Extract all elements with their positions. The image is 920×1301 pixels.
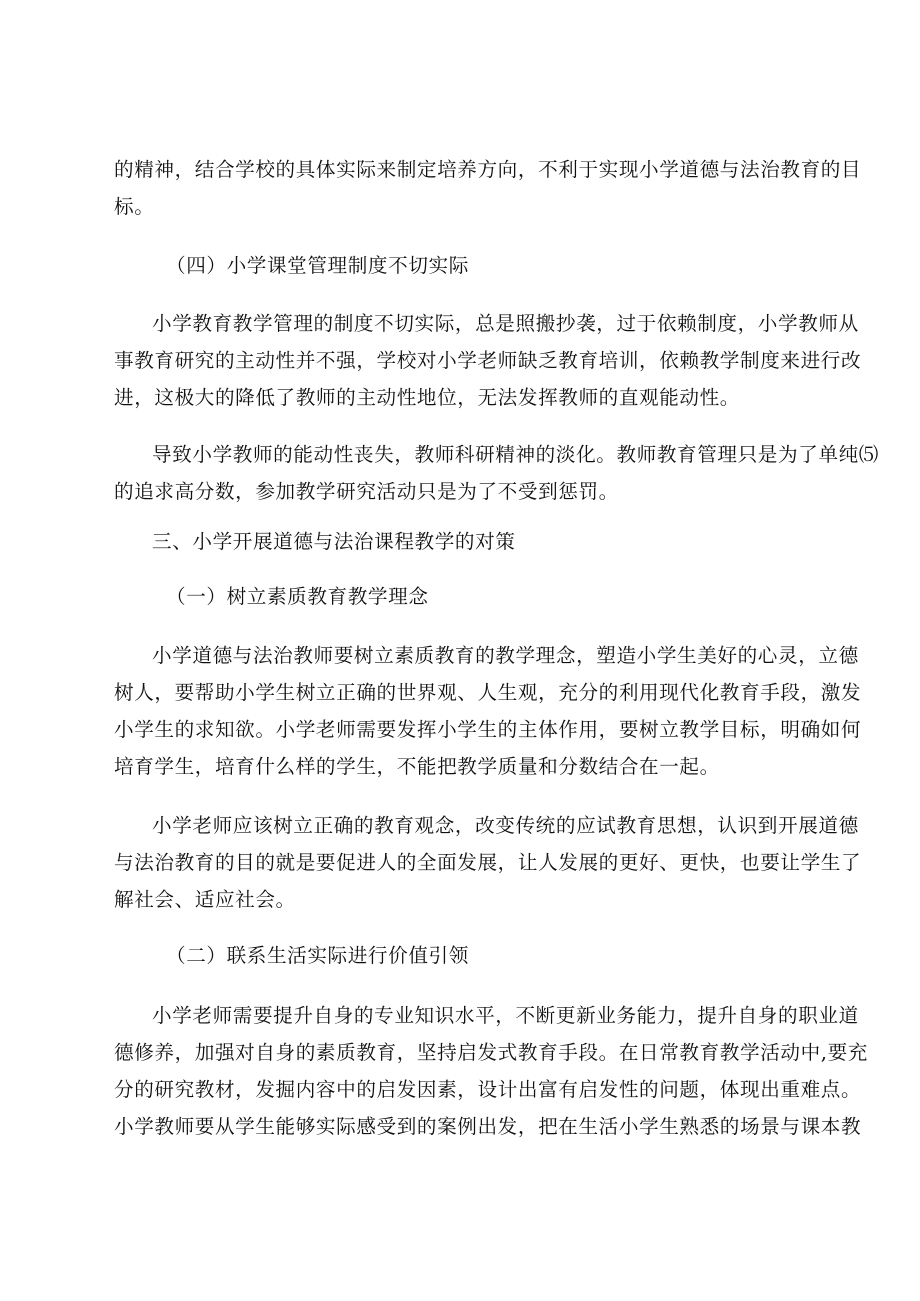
section-subheading: （二）联系生活实际进行价值引领 [166,944,469,968]
paragraph-line: 树人，要帮助小学生树立正确的世界观、人生观，充分的利用现代化教育手段，激发 [114,681,861,705]
paragraph-line: 事教育研究的主动性并不强，学校对小学老师缺乏教育培训，依赖教学制度来进行改 [114,349,861,373]
paragraph-line: 德修养，加强对自身的素质教育，坚持启发式教育手段。在日常教育教学活动中,要充 [114,1041,868,1065]
paragraph-line: 分的研究教材，发掘内容中的启发因素，设计出富有启发性的问题，体现出重难点。 [114,1078,861,1102]
section-heading: 三、小学开展道德与法治课程教学的对策 [152,530,516,554]
paragraph-line: 与法治教育的目的就是要促进人的全面发展，让人发展的更好、更快，也要让学生了 [114,851,861,875]
paragraph-line: 小学生的求知欲。小学老师需要发挥小学生的主体作用，要树立教学目标，明确如何 [114,718,861,742]
paragraph-line: 培育学生，培育什么样的学生，不能把教学质量和分数结合在一起。 [114,755,720,779]
section-subheading: （四）小学课堂管理制度不切实际 [166,254,469,278]
paragraph-line: 小学道德与法治教师要树立素质教育的教学理念，塑造小学生美好的心灵，立德 [152,644,859,668]
paragraph-line: 小学教育教学管理的制度不切实际，总是照搬抄袭，过于依赖制度，小学教师从 [152,312,859,336]
paragraph-line: 标。 [114,195,154,219]
paragraph-line: 导致小学教师的能动性丧失，教师科研精神的淡化。教师教育管理只是为了单纯⑸ [152,443,879,467]
paragraph-line: 进，这极大的降低了教师的主动性地位，无法发挥教师的直观能动性。 [114,386,740,410]
paragraph-line: 小学教师要从学生能够实际感受到的案例出发，把在生活小学生熟悉的场景与课本教 [114,1115,861,1139]
paragraph-line: 的追求高分数，参加教学研究活动只是为了不受到惩罚。 [114,480,619,504]
section-subheading: （一）树立素质教育教学理念 [166,585,429,609]
paragraph-line: 小学老师应该树立正确的教育观念，改变传统的应试教育思想，认识到开展道德 [152,814,859,838]
paragraph-line: 小学老师需要提升自身的专业知识水平，不断更新业务能力，提升自身的职业道 [152,1004,859,1028]
paragraph-line: 的精神，结合学校的具体实际来制定培养方向，不利于实现小学道德与法治教育的目 [114,158,861,182]
paragraph-line: 解社会、适应社会。 [114,888,296,912]
